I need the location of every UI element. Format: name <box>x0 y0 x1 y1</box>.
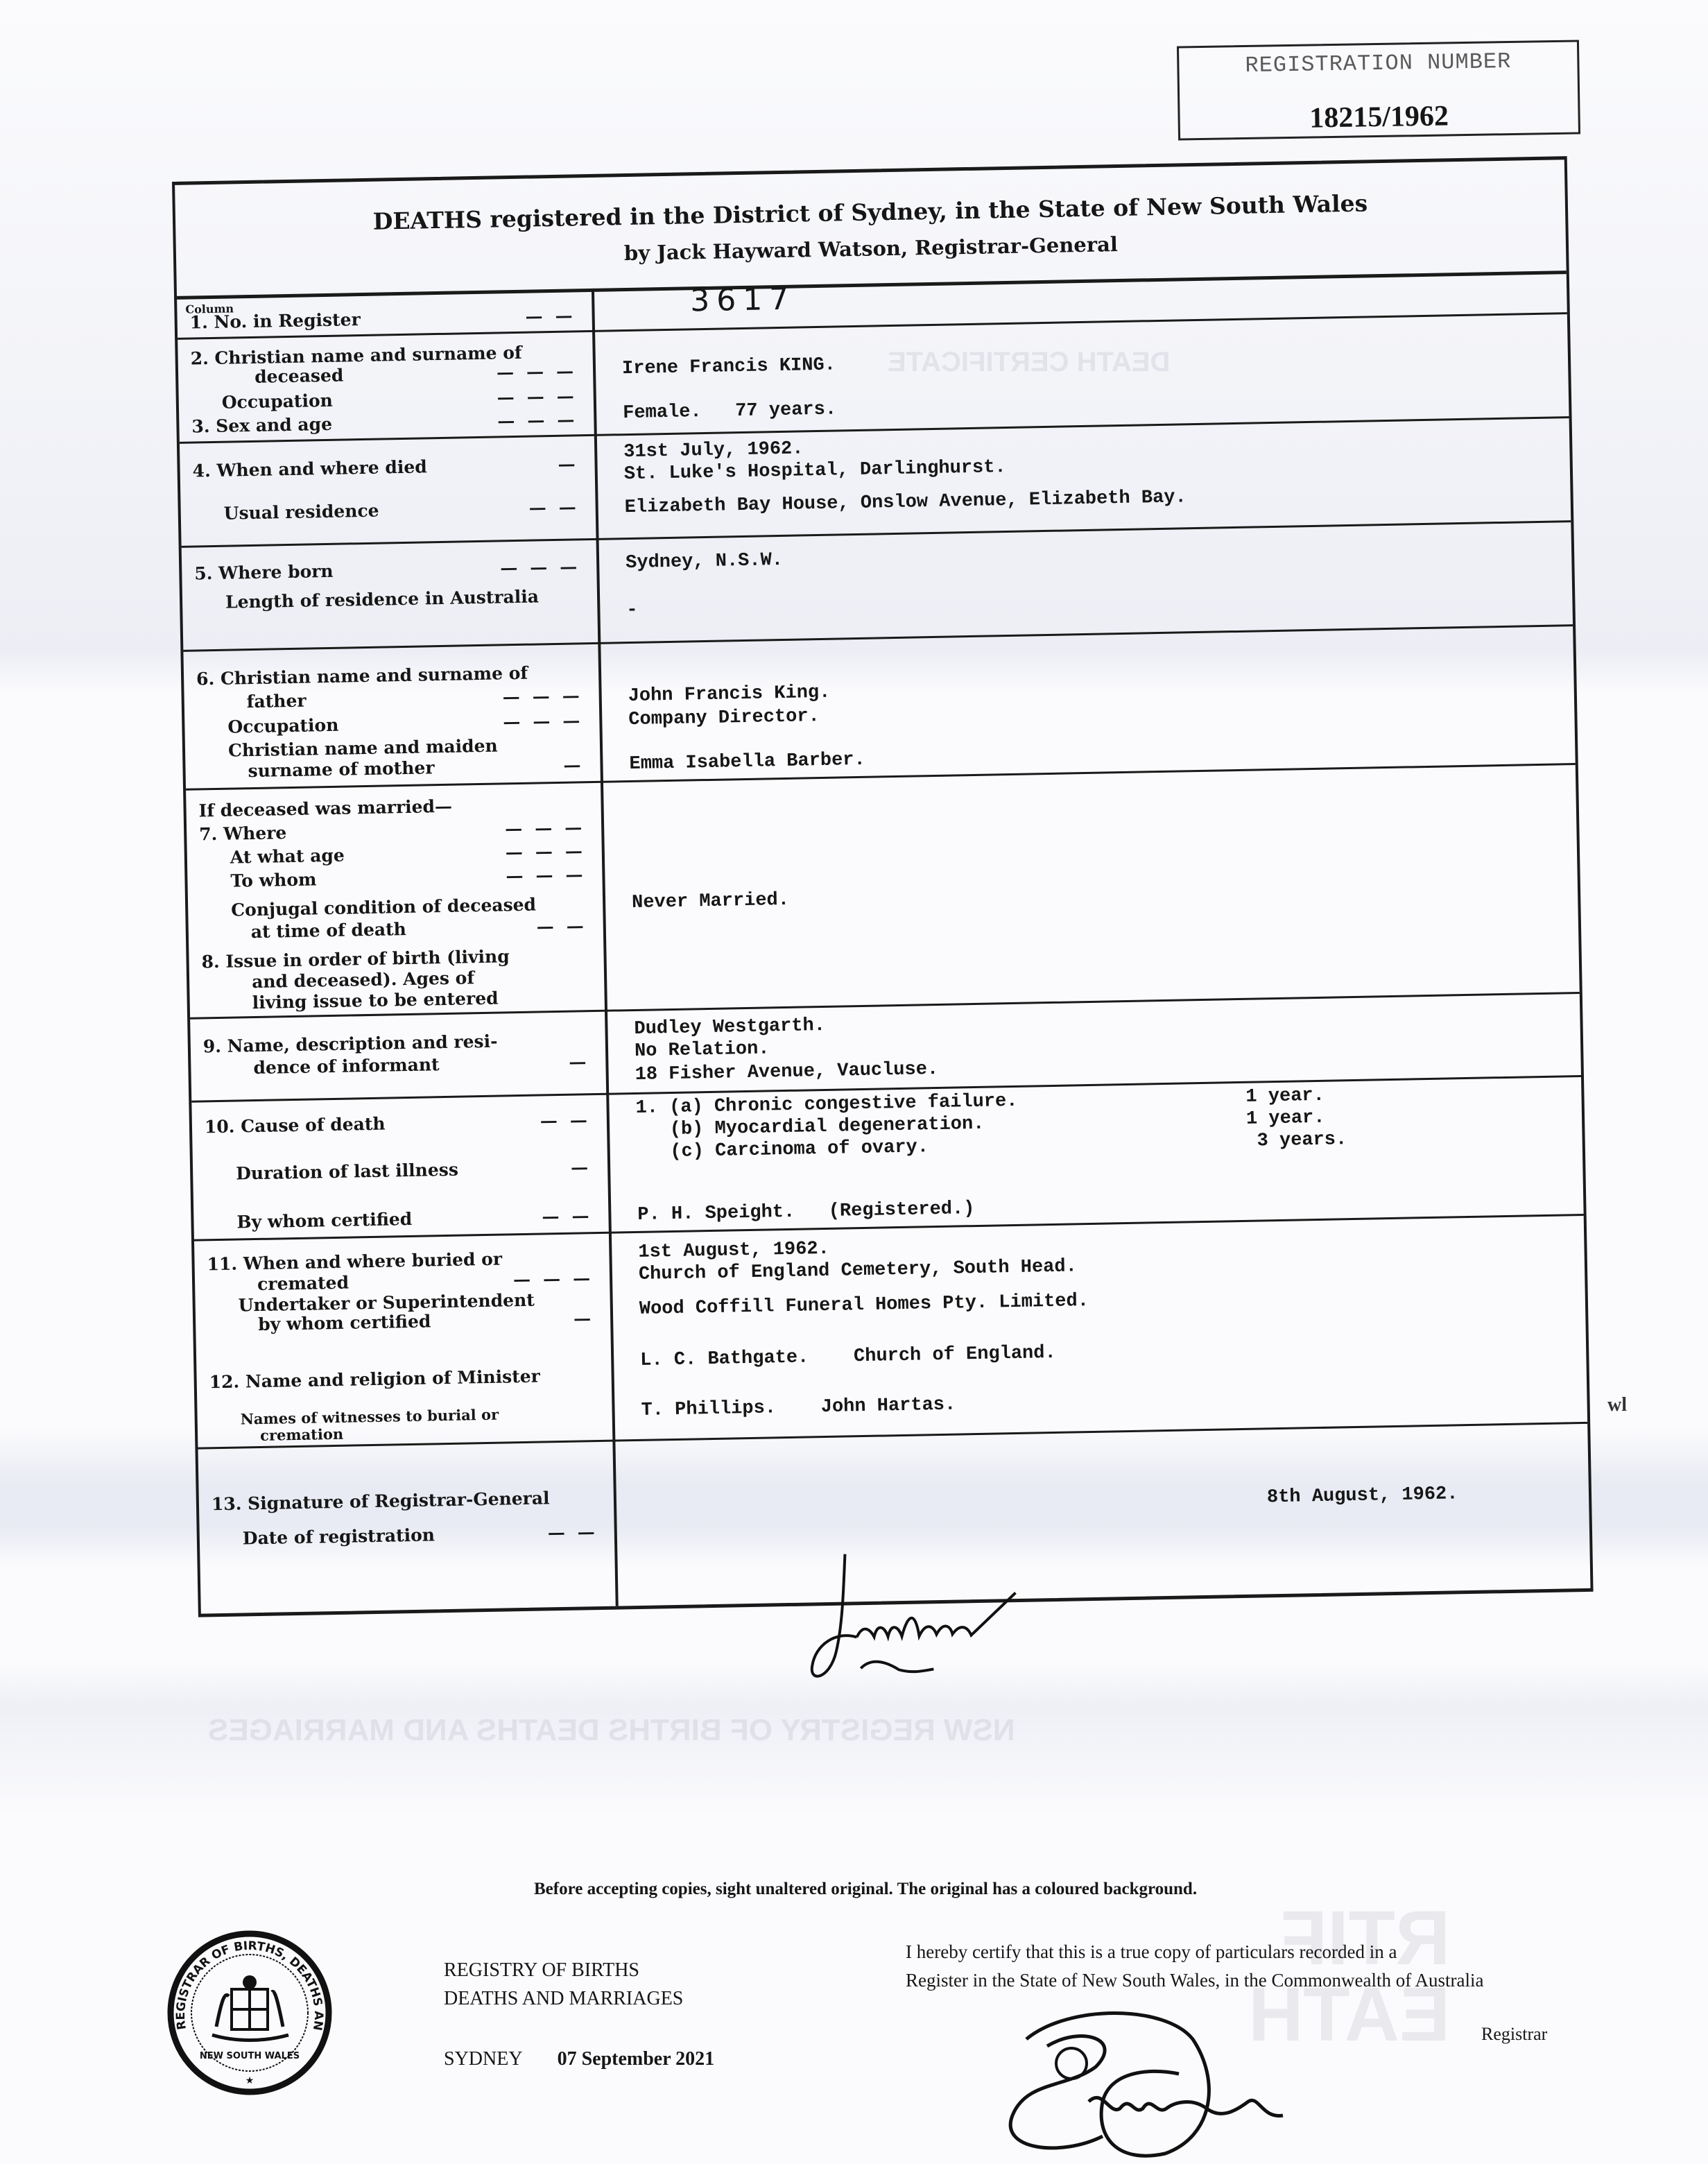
label-occupation: Occupation <box>222 389 334 414</box>
label-informant: 9. Name, description and resi- <box>203 1030 498 1058</box>
value-informant-address: 18 Fisher Avenue, Vaucluse. <box>635 1058 938 1087</box>
label-cause-of-death: 10. Cause of death <box>205 1113 386 1139</box>
registrar-label: Registrar <box>1481 2024 1547 2045</box>
svg-text:NEW SOUTH WALES: NEW SOUTH WALES <box>200 2051 300 2061</box>
value-father-occupation: Company Director. <box>628 705 820 732</box>
row-cause-of-death: 10. Cause of death Duration of last illn… <box>191 1075 1583 1242</box>
value-register-number: 3617 <box>690 288 796 314</box>
value-registration-date: 8th August, 1962. <box>1267 1482 1458 1509</box>
label-married-where: 7. Where <box>199 821 287 845</box>
label-minister: 12. Name and religion of Minister <box>209 1365 540 1394</box>
value-witnesses: T. Phillips. John Hartas. <box>641 1393 956 1423</box>
label-certified-by: By whom certified <box>236 1208 412 1234</box>
label-father: father <box>246 689 306 714</box>
registry-office-name: REGISTRY OF BIRTHS DEATHS AND MARRIAGES <box>444 1956 683 2013</box>
row-parents: 6. Christian name and surname of father … <box>183 624 1575 791</box>
value-certified-by: P. H. Speight. (Registered.) <box>637 1197 975 1227</box>
cause-of-death-line: (c) Carcinoma of ovary. <box>636 1135 929 1165</box>
registry-seal-icon: REGISTRAR OF BIRTHS, DEATHS AND MARRIAGE… <box>166 1930 333 2096</box>
value-length-of-residence: - <box>626 599 638 622</box>
registry-office-line2: DEATHS AND MARRIAGES <box>444 1984 683 2013</box>
label-informant-cont: dence of informant <box>253 1053 440 1079</box>
value-father-name: John Francis King. <box>628 681 830 708</box>
registration-number-label: REGISTRATION NUMBER <box>1179 47 1578 79</box>
certification-line1: I hereby certify that this is a true cop… <box>906 1938 1483 1966</box>
certification-statement: I hereby certify that this is a true cop… <box>906 1938 1483 1995</box>
label-undertaker-cont: by whom certified <box>258 1309 431 1336</box>
label-father-occupation: Occupation <box>227 714 339 739</box>
label-deceased-name: 2. Christian name and surname of <box>190 341 522 370</box>
label-duration: Duration of last illness <box>236 1158 458 1185</box>
value-undertaker: Wood Coffill Funeral Homes Pty. Limited. <box>639 1289 1089 1321</box>
row-burial: 11. When and where buried or cremated Un… <box>194 1214 1587 1450</box>
value-minister: L. C. Bathgate. Church of England. <box>640 1341 1056 1373</box>
label-at-time-of-death: at time of death <box>251 918 407 943</box>
label-deceased: deceased <box>255 364 344 388</box>
label-conjugal-condition: Conjugal condition of deceased <box>231 893 536 922</box>
label-if-married: If deceased was married— <box>198 795 452 823</box>
value-informant-name: Dudley Westgarth. <box>634 1014 825 1041</box>
value-sex-age: Female. 77 years. <box>623 398 836 426</box>
illness-duration: 1 year. <box>1245 1084 1325 1109</box>
issue-date: 07 September 2021 <box>558 2048 715 2070</box>
bleed-through-text: NSW REGISTRY OF BIRTHS DEATHS AND MARRIA… <box>208 1713 1015 1748</box>
value-usual-residence: Elizabeth Bay House, Onslow Avenue, Eliz… <box>624 486 1187 519</box>
label-mother-surname: surname of mother <box>248 756 434 782</box>
illness-duration: 3 years. <box>1257 1128 1347 1153</box>
registry-office-line1: REGISTRY OF BIRTHS <box>444 1956 683 1984</box>
cause-list: P. H. Speight. (Registered.) 1. (a) Chro… <box>635 1075 1569 1231</box>
label-date-of-registration: Date of registration <box>243 1523 435 1549</box>
certification-line2: Register in the State of New South Wales… <box>906 1966 1483 1995</box>
label-married-to-whom: To whom <box>230 868 317 892</box>
row-marriage-issue: If deceased was married— 7. Where At wha… <box>186 763 1580 1020</box>
registration-number-box: REGISTRATION NUMBER 18215/1962 <box>1177 40 1580 140</box>
death-register-form: DEATHS registered in the District of Syd… <box>172 156 1594 1617</box>
margin-mark: wl <box>1607 1394 1627 1416</box>
registration-number: 18215/1962 <box>1180 97 1578 137</box>
issue-place: SYDNEY <box>444 2048 523 2070</box>
label-married-age: At what age <box>230 844 345 869</box>
label-where-born: 5. Where born <box>194 560 334 585</box>
registrar-signature <box>985 1998 1408 2164</box>
label-buried: 11. When and where buried or <box>207 1248 502 1276</box>
value-mother-name: Emma Isabella Barber. <box>629 748 865 776</box>
registrar-general-signature <box>793 1543 1114 1687</box>
value-conjugal-condition: Never Married. <box>632 888 789 915</box>
verification-note: Before accepting copies, sight unaltered… <box>534 1880 1197 1899</box>
label-when-where-died: 4. When and where died <box>192 455 427 482</box>
label-usual-residence: Usual residence <box>223 499 379 525</box>
value-where-born: Sydney, N.S.W. <box>626 549 783 575</box>
label-no-in-register: 1. No. in Register <box>189 308 361 334</box>
value-informant-relation: No Relation. <box>635 1037 770 1063</box>
label-issue-living: living issue to be entered <box>252 987 498 1014</box>
label-registrar-signature: 13. Signature of Registrar-General <box>212 1486 550 1515</box>
svg-text:★: ★ <box>245 2076 255 2086</box>
label-sex-age: 3. Sex and age <box>191 413 332 438</box>
label-witnesses-cont: cremation <box>260 1423 344 1447</box>
label-length-of-residence: Length of residence in Australia <box>225 585 539 613</box>
issue-place-date: SYDNEY07 September 2021 <box>444 2048 714 2070</box>
label-father-name: 6. Christian name and surname of <box>196 662 528 691</box>
value-deceased-name: Irene Francis KING. <box>622 354 836 381</box>
illness-duration: 1 year. <box>1246 1106 1325 1131</box>
